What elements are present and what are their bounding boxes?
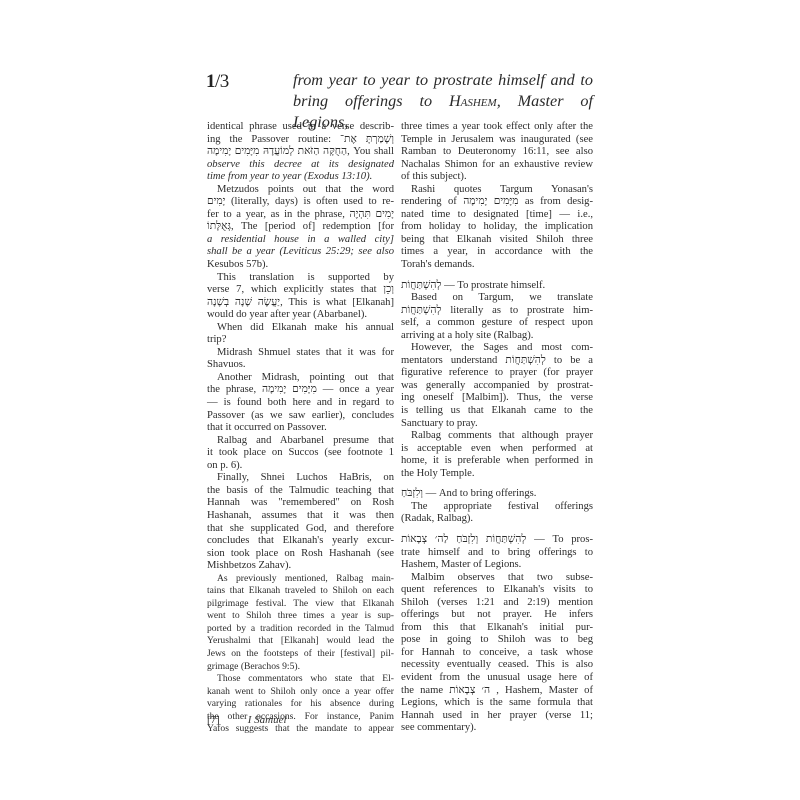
commentary-line: — is found both here and in regard to — [207, 397, 394, 410]
commentary-line: When did Elkanah make his annual — [207, 322, 394, 335]
commentary-line: a residential house in a walled city] — [207, 234, 394, 247]
page-footer: [7] I Samuel — [207, 714, 287, 726]
commentary-line: on p. 6). — [207, 460, 394, 473]
commentary-line: pilgrimage festival. The view that Elkan… — [207, 598, 394, 611]
commentary-line: Passover (as we saw earlier), concludes — [207, 410, 394, 423]
commentary-line: trip? — [207, 334, 394, 347]
commentary-line: is telling us that Elkanah came to the — [401, 405, 593, 418]
commentary-line: three times a year took effect only afte… — [401, 121, 593, 134]
commentary-line: Shavuos. — [207, 359, 394, 372]
commentary-line: Yerushalmi that [Elkanah] would lead the — [207, 635, 394, 648]
commentary-line: tains that Elkanah traveled to Shiloh on… — [207, 585, 394, 598]
translation-text: bring offerings to — [293, 92, 449, 110]
commentary-line: see commentary). — [401, 722, 593, 735]
commentary-line: home, it is preferable when performed in — [401, 455, 593, 468]
commentary-line: rendering of מִיָּמִים יָמִימָה as from … — [401, 196, 593, 209]
commentary-line: ing the Passover routine: וְשָׁמַרְתָּ א… — [207, 134, 394, 147]
commentary-line: לְהִשְׁתַּחֲוֹת — To prostrate himself. — [401, 280, 593, 293]
commentary-line: (Radak, Ralbag). — [401, 513, 593, 526]
commentary-line: יַעֲשֶׂה שָׁנָה בְשָׁנָה, This is what [… — [207, 297, 394, 310]
commentary-line: Malbim observes that two subse- — [401, 572, 593, 585]
chapter-number: 1 — [206, 71, 215, 92]
verse-reference: 1/3 — [206, 71, 229, 93]
commentary-line: Ralbag comments that although prayer — [401, 430, 593, 443]
commentary-line: went to Shiloh three times a year is sup… — [207, 610, 394, 623]
commentary-line: mentators understand לְהִשְׁתַּחֲוֹת to … — [401, 355, 593, 368]
commentary-line: times a year, in accordance with the — [401, 246, 593, 259]
verse-number: /3 — [215, 71, 229, 92]
commentary-line: pose in going to Shiloh was to beg — [401, 634, 593, 647]
commentary-line: Hashanah, assumes that it was then — [207, 510, 394, 523]
commentary-line: was generally accompanied by prostrat- — [401, 380, 593, 393]
commentary-line: the basis of the Talmudic teaching that — [207, 485, 394, 498]
commentary-line: offerings but not prayer. He infers — [401, 609, 593, 622]
commentary-line: fer to a year, as in the phrase, יָמִים … — [207, 209, 394, 222]
commentary-line: from holiday to holiday, the implication — [401, 221, 593, 234]
commentary-line: לְהִשְׁתַּחֲוֹת וְלִזְבֹּחַ לַה׳ צְבָאוֹ… — [401, 534, 593, 547]
commentary-right-column: three times a year took effect only afte… — [401, 121, 593, 735]
commentary-line: Ralbag and Abarbanel presume that — [207, 435, 394, 448]
commentary-line: would do year after year (Abarbanel). — [207, 309, 394, 322]
commentary-line: concludes that Elkanah's yearly excur- — [207, 535, 394, 548]
commentary-line: the phrase, מִיָּמִים יָמִימָה — once a … — [207, 384, 394, 397]
commentary-line: self, a common gesture of respect upon — [401, 317, 593, 330]
commentary-line: nated time to designated [time] — i.e., — [401, 209, 593, 222]
commentary-line: sion took place on Rosh Hashanah (see — [207, 548, 394, 561]
commentary-line: the Holy Temple. — [401, 468, 593, 481]
commentary-line: Legions, which is the same formula that — [401, 697, 593, 710]
commentary-line: Those commentators who state that El- — [207, 673, 394, 686]
commentary-line: יָמִים (literally, days) is often used t… — [207, 196, 394, 209]
commentary-line: Mishbetzos Zahav). — [207, 560, 394, 573]
commentary-line: Sanctuary to pray. — [401, 418, 593, 431]
commentary-line: גְּאֻלָּתוֹ, The [period of] redemption … — [207, 221, 394, 234]
commentary-line: arriving at a holy site (Ralbag). — [401, 330, 593, 343]
commentary-line: varying rationales for his absence durin… — [207, 698, 394, 711]
commentary-line: kanah went to Shiloh only once a year of… — [207, 686, 394, 699]
commentary-line: the name ה׳ צְבָאוֹת , Hashem, Master of — [401, 685, 593, 698]
translation-line: from year to year to prostrate himself a… — [293, 70, 593, 91]
commentary-line: Nachalas Shimon for an exhaustive review — [401, 159, 593, 172]
page-number: [7] — [207, 714, 245, 726]
commentary-line: Midrash Shmuel states that it was for — [207, 347, 394, 360]
commentary-line: Hannah used in her prayer (verse 11; — [401, 710, 593, 723]
commentary-line: Another Midrash, pointing out that — [207, 372, 394, 385]
commentary-line: The appropriate festival offerings — [401, 501, 593, 514]
commentary-line: grimage (Berachos 9:5). — [207, 661, 394, 674]
commentary-line: However, the Sages and most com- — [401, 342, 593, 355]
commentary-line: that it occurred on Passover. — [207, 422, 394, 435]
commentary-line: figurative reference to prayer (for pray… — [401, 367, 593, 380]
commentary-line: לְהִשְׁתַּחֲוֹת literally as to prostrat… — [401, 305, 593, 318]
commentary-line: Hannah was "remembered" on Rosh — [207, 497, 394, 510]
commentary-line: quent references to Elkanah's visits to — [401, 584, 593, 597]
commentary-line: identical phrase used in a verse describ… — [207, 121, 394, 134]
commentary-line: Torah's demands. — [401, 259, 593, 272]
commentary-line: Rashi quotes Targum Yonasan's — [401, 184, 593, 197]
commentary-line: Metzudos points out that the word — [207, 184, 394, 197]
commentary-line: ing oneself [Malbim]). Thus, the verse — [401, 392, 593, 405]
commentary-line: shall be a year (Leviticus 25:29; see al… — [207, 246, 394, 259]
commentary-line: Finally, Shnei Luchos HaBris, on — [207, 472, 394, 485]
commentary-line: Hashem, Master of Legions. — [401, 559, 593, 572]
document-page: 1/3 from year to year to prostrate himse… — [0, 0, 800, 800]
commentary-line: evident from the unusual usage here of — [401, 672, 593, 685]
commentary-line: Ramban to Deuteronomy 16:11, see also — [401, 146, 593, 159]
commentary-line: that she supplicated God, and therefore — [207, 523, 394, 536]
commentary-line: from this that Elkanah's initial pur- — [401, 622, 593, 635]
commentary-line: being that Elkanah visited Shiloh three — [401, 234, 593, 247]
divine-name: Hashem — [449, 92, 497, 110]
commentary-line: necessity eventually ceased. This is als… — [401, 659, 593, 672]
book-title: I Samuel — [248, 714, 287, 726]
commentary-line: of this subject). — [401, 171, 593, 184]
commentary-line: time from year to year (Exodus 13:10). — [207, 171, 394, 184]
commentary-line: trate himself and to bring offerings to — [401, 547, 593, 560]
commentary-line: is acceptable even when performed at — [401, 443, 593, 456]
commentary-left-column: identical phrase used in a verse describ… — [207, 121, 394, 736]
commentary-line: for Hannah to conceive, a task whose — [401, 647, 593, 660]
commentary-line: verse 7, which explicitly states that וְ… — [207, 284, 394, 297]
commentary-line: Temple in Jerusalem was inaugurated (see — [401, 134, 593, 147]
commentary-line: observe this decree at its designated — [207, 159, 394, 172]
commentary-line: Shiloh (verses 1:21 and 2:19) mention — [401, 597, 593, 610]
commentary-line: ported by a tradition recorded in the Ta… — [207, 623, 394, 636]
commentary-line: it took place on Succos (see footnote 1 — [207, 447, 394, 460]
commentary-line: Jews on the footsteps of their [festival… — [207, 648, 394, 661]
commentary-line: This translation is supported by — [207, 272, 394, 285]
commentary-line: Based on Targum, we translate — [401, 292, 593, 305]
commentary-line: וְלִזְבֹּחַ — And to bring offerings. — [401, 488, 593, 501]
commentary-line: Kesubos 57b). — [207, 259, 394, 272]
commentary-line: As previously mentioned, Ralbag main- — [207, 573, 394, 586]
commentary-line: הַחֻקָּה הַזֹּאת לְמוֹעֲדָהּ מִיָּמִים י… — [207, 146, 394, 159]
